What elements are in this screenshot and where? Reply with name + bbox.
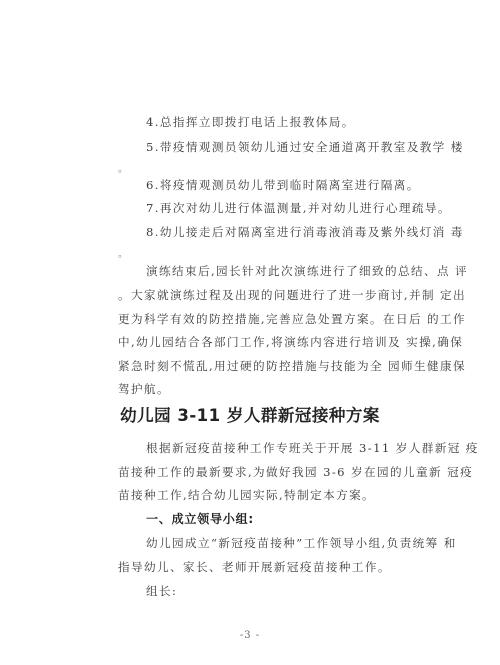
- section-line: 组长:: [146, 584, 177, 598]
- paragraph-line: 更为科学有效的防控措施,完善应急处置方案。在日后 的工作: [118, 312, 466, 326]
- body-line: 苗接种工作,结合幼儿园实际,特制定本方案。: [118, 488, 375, 502]
- paragraph-line: 演练结束后,园长针对此次演练进行了细致的总结、点 评: [146, 264, 468, 278]
- section-line: 幼儿园成立“新冠疫苗接种”工作领导小组,负责统筹 和: [146, 536, 457, 550]
- paragraph-line: 。大家就演练过程及出现的问题进行了进一步商讨,并制 定出: [118, 288, 466, 302]
- paragraph-line: 中,幼儿园结合各部门工作,将演练内容进行培训及 实操,确保: [118, 335, 463, 349]
- list-item-8: 8.幼儿接走后对隔离室进行消毒液消毒及紫外线灯消 毒: [146, 225, 464, 239]
- section-heading: 一、成立领导小组:: [146, 510, 254, 527]
- page-number: -3 -: [0, 630, 500, 641]
- document-page: 4.总指挥立即拨打电话上报教体局。 5.带疫情观测员领幼儿通过安全通道离开教室及…: [0, 0, 500, 665]
- list-item-6: 6.将疫情观测员幼儿带到临时隔离室进行隔离。: [146, 178, 420, 192]
- list-item-7: 7.再次对幼儿进行体温测量,并对幼儿进行心理疏导。: [146, 201, 451, 215]
- list-item-8-continuation: 。: [118, 248, 129, 262]
- list-item-5-continuation: 。: [118, 163, 129, 177]
- body-line: 根据新冠疫苗接种工作专班关于开展 3-11 岁人群新冠 疫: [146, 441, 479, 455]
- document-title: 幼儿园 3-11 岁人群新冠接种方案: [0, 402, 500, 426]
- section-line: 指导幼儿、家长、老师开展新冠疫苗接种工作。: [118, 560, 391, 574]
- body-line: 苗接种工作的最新要求,为做好我园 3-6 岁在园的儿童新 冠疫: [118, 465, 473, 479]
- paragraph-line: 紧急时刻不慌乱,用过硬的防控措施与技能为全 园师生健康保: [118, 359, 466, 373]
- list-item-5: 5.带疫情观测员领幼儿通过安全通道离开教室及教学 楼: [146, 140, 464, 154]
- paragraph-line: 驾护航。: [118, 382, 170, 396]
- list-item-4: 4.总指挥立即拨打电话上报教体局。: [146, 115, 355, 129]
